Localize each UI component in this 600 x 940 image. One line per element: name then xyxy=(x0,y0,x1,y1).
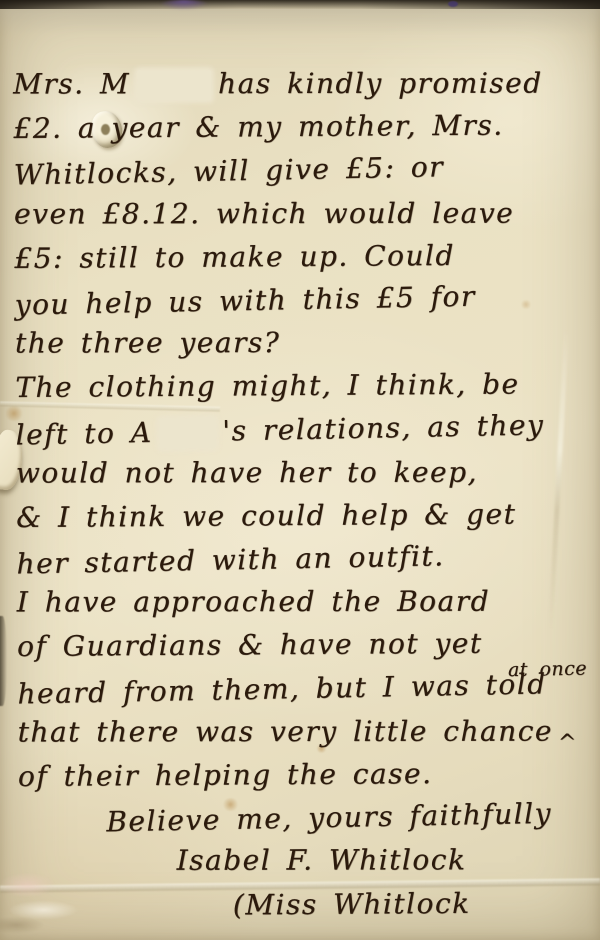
text-segment: that there was very little chance xyxy=(18,714,553,748)
text-segment: £2. a year & my mother, Mrs. xyxy=(13,109,503,145)
text-segment: heard from them, but I was told xyxy=(17,667,547,710)
letter-line-14: of Guardians & have not yet xyxy=(17,621,591,668)
letter-line-10: would not have her to keep, xyxy=(16,450,590,494)
text-segment: the three years? xyxy=(15,326,280,359)
letter-line-20: (Miss Whitlock xyxy=(233,881,593,927)
purple-ink-speck xyxy=(448,1,458,7)
text-segment: of Guardians & have not yet xyxy=(17,627,483,663)
text-segment: Whitlocks, will give £5: or xyxy=(13,151,444,192)
inserted-text-above-line: at once xyxy=(508,647,588,692)
text-segment: even £8.12. which would leave xyxy=(14,196,514,230)
text-segment: Believe me, yours faithfully xyxy=(106,797,552,839)
text-segment: £5: still to make up. Could xyxy=(14,239,455,275)
letter-line-12: her started with an outfit. xyxy=(16,532,591,586)
text-segment: (Miss Whitlock xyxy=(233,886,471,921)
letter-line-6: you help us with this £5 for xyxy=(14,272,589,326)
left-edge-shadow xyxy=(0,616,7,706)
text-segment: left to A xyxy=(15,415,152,451)
letter-photograph: Mrs. Mhas kindly promised£2. a year & my… xyxy=(0,0,600,940)
text-segment: & I think we could help & get xyxy=(16,497,516,533)
redacted-name xyxy=(137,70,211,100)
letter-line-1: Mrs. Mhas kindly promised xyxy=(13,62,587,106)
letter-line-18: Believe me, yours faithfully xyxy=(106,791,593,844)
letter-line-17: of their helping the case. xyxy=(18,751,592,798)
letter-line-8: The clothing might, I think, be xyxy=(15,362,589,409)
letter-line-7: the three years? xyxy=(15,321,589,365)
text-segment: you help us with this £5 for xyxy=(14,280,476,322)
letter-line-11: & I think we could help & get xyxy=(16,492,590,539)
letter-line-16: that there was very little chance^ xyxy=(18,709,592,753)
letter-line-3: Whitlocks, will give £5: or xyxy=(13,143,588,197)
letter-line-13: I have approached the Board xyxy=(17,580,591,624)
letter-line-15: heard from them, but I was toldat once xyxy=(17,661,592,715)
paper-top-fold-band xyxy=(0,9,600,35)
letter-line-4: even £8.12. which would leave xyxy=(14,191,588,235)
text-segment: would not have her to keep, xyxy=(16,455,478,489)
text-segment: Isabel F. Whitlock xyxy=(177,844,467,878)
text-segment: The clothing might, I think, be xyxy=(15,368,520,405)
letter-line-5: £5: still to make up. Could xyxy=(14,233,588,280)
purple-ink-smudge xyxy=(158,0,210,10)
text-segment: has kindly promised xyxy=(218,67,543,101)
redacted-name xyxy=(159,417,216,448)
text-segment: 's relations, as they xyxy=(222,408,545,447)
letter-line-19: Isabel F. Whitlock xyxy=(177,838,593,882)
letter-line-9: left to A's relations, as they xyxy=(15,402,590,456)
text-segment: I have approached the Board xyxy=(17,585,490,619)
letter-text: Mrs. Mhas kindly promised£2. a year & my… xyxy=(13,60,593,928)
text-segment: Mrs. M xyxy=(13,67,130,100)
paper-top-edge xyxy=(0,0,600,9)
letter-paper: Mrs. Mhas kindly promised£2. a year & my… xyxy=(0,0,600,940)
text-segment: of their helping the case. xyxy=(18,757,433,793)
text-segment: her started with an outfit. xyxy=(16,539,445,580)
